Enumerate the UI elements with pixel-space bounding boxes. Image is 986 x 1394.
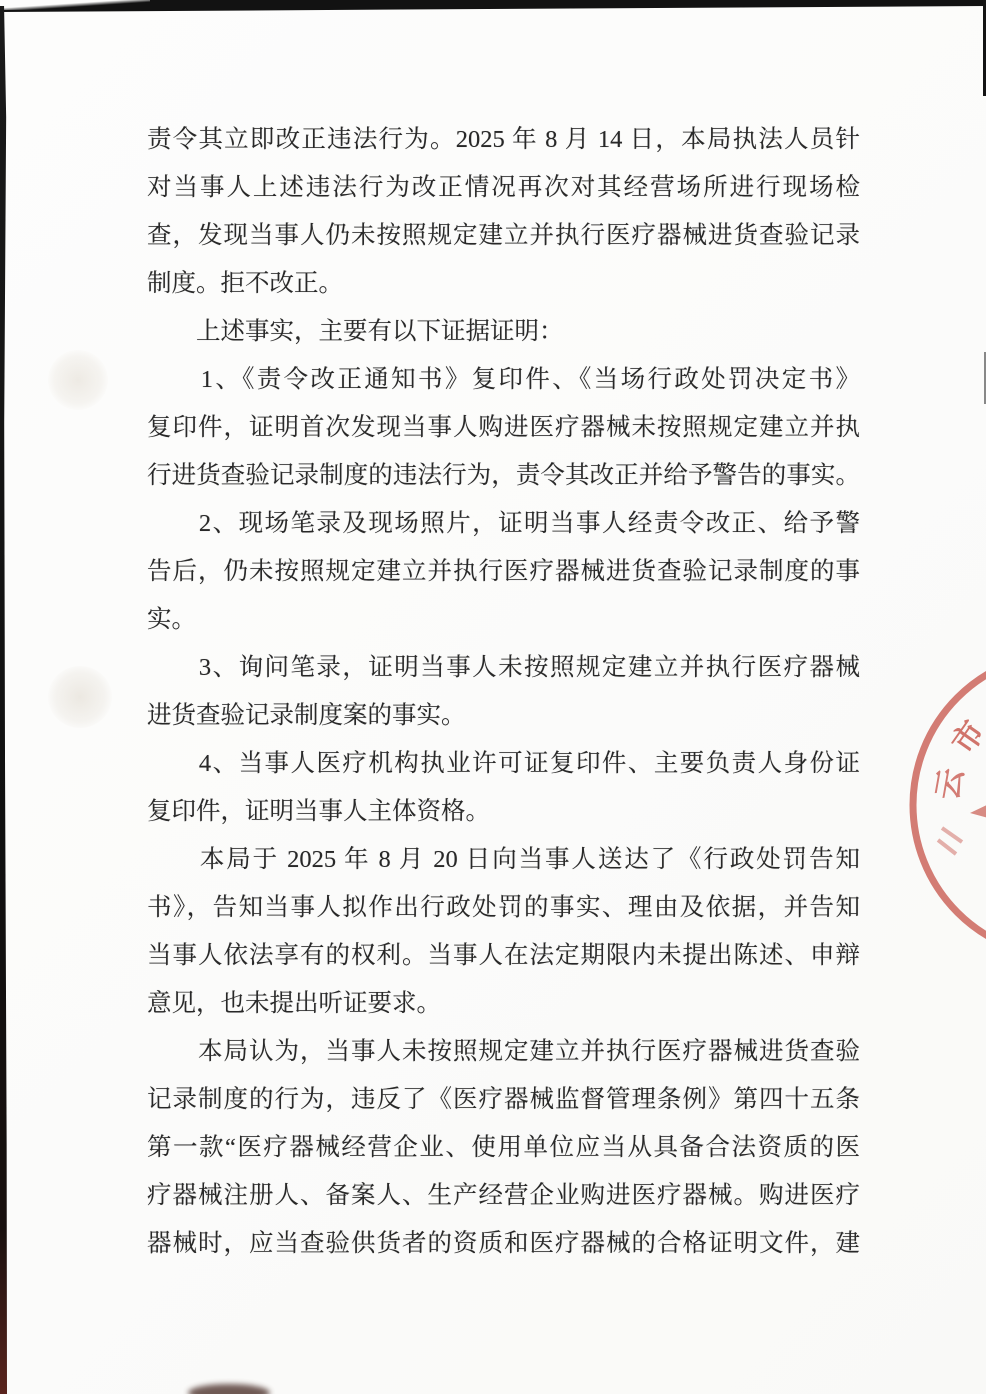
seal-character-partial xyxy=(938,828,962,854)
document-line: 制度。拒不改正。 xyxy=(147,260,860,308)
document-line: 对当事人上述违法行为改正情况再次对其经营场所进行现场检 xyxy=(147,164,860,212)
document-line: 器械时，应当查验供货者的资质和医疗器械的合格证明文件，建 xyxy=(147,1220,860,1268)
document-line: 告后，仍未按照规定建立并执行医疗器械进货查验记录制度的事 xyxy=(147,548,860,596)
document-line: 复印件，证明首次发现当事人购进医疗器械未按照规定建立并执 xyxy=(147,404,860,452)
scanned-document-page: 责令其立即改正违法行为。2025 年 8 月 14 日，本局执法人员针对当事人上… xyxy=(0,0,986,1394)
document-line: 责令其立即改正违法行为。2025 年 8 月 14 日，本局执法人员针 xyxy=(147,116,860,164)
paper-smudge xyxy=(48,350,108,410)
document-line: 当事人依法享有的权利。当事人在法定期限内未提出陈述、申辩 xyxy=(147,932,860,980)
document-line: 行进货查验记录制度的违法行为，责令其改正并给予警告的事实。 xyxy=(147,452,860,500)
seal-ring xyxy=(913,653,986,957)
seal-character: 市 xyxy=(945,715,986,760)
document-line: 4、当事人医疗机构执业许可证复印件、主要负责人身份证 xyxy=(147,740,860,788)
paper-smudge xyxy=(48,666,112,728)
official-seal-stamp: 市 云 xyxy=(880,618,986,998)
document-line: 实。 xyxy=(147,596,860,644)
document-line: 书》，告知当事人拟作出行政处罚的事实、理由及依据，并告知 xyxy=(147,884,860,932)
document-line: 1、《责令改正通知书》复印件、《当场行政处罚决定书》 xyxy=(147,356,860,404)
document-body: 责令其立即改正违法行为。2025 年 8 月 14 日，本局执法人员针对当事人上… xyxy=(147,116,860,1268)
document-line: 2、现场笔录及现场照片，证明当事人经责令改正、给予警 xyxy=(147,500,860,548)
document-line: 第一款“医疗器械经营企业、使用单位应当从具备合法资质的医 xyxy=(147,1124,860,1172)
scan-edge-top-corner xyxy=(0,0,150,10)
document-line: 本局于 2025 年 8 月 20 日向当事人送达了《行政处罚告知 xyxy=(147,836,860,884)
document-line: 进货查验记录制度案的事实。 xyxy=(147,692,860,740)
document-line: 查，发现当事人仍未按照规定建立并执行医疗器械进货查验记录 xyxy=(147,212,860,260)
document-line: 复印件，证明当事人主体资格。 xyxy=(147,788,860,836)
scan-edge-left xyxy=(0,6,7,1394)
document-line: 3、询问笔录，证明当事人未按照规定建立并执行医疗器械 xyxy=(147,644,860,692)
document-line: 记录制度的行为，违反了《医疗器械监督管理条例》第四十五条 xyxy=(147,1076,860,1124)
document-line: 意见，也未提出听证要求。 xyxy=(147,980,860,1028)
document-line: 疗器械注册人、备案人、生产经营企业购进医疗器械。购进医疗 xyxy=(147,1172,860,1220)
document-line: 本局认为，当事人未按照规定建立并执行医疗器械进货查验 xyxy=(147,1028,860,1076)
bottom-edge-mark xyxy=(188,1384,270,1394)
document-line: 上述事实，主要有以下证据证明： xyxy=(147,308,860,356)
seal-character: 云 xyxy=(930,766,970,803)
